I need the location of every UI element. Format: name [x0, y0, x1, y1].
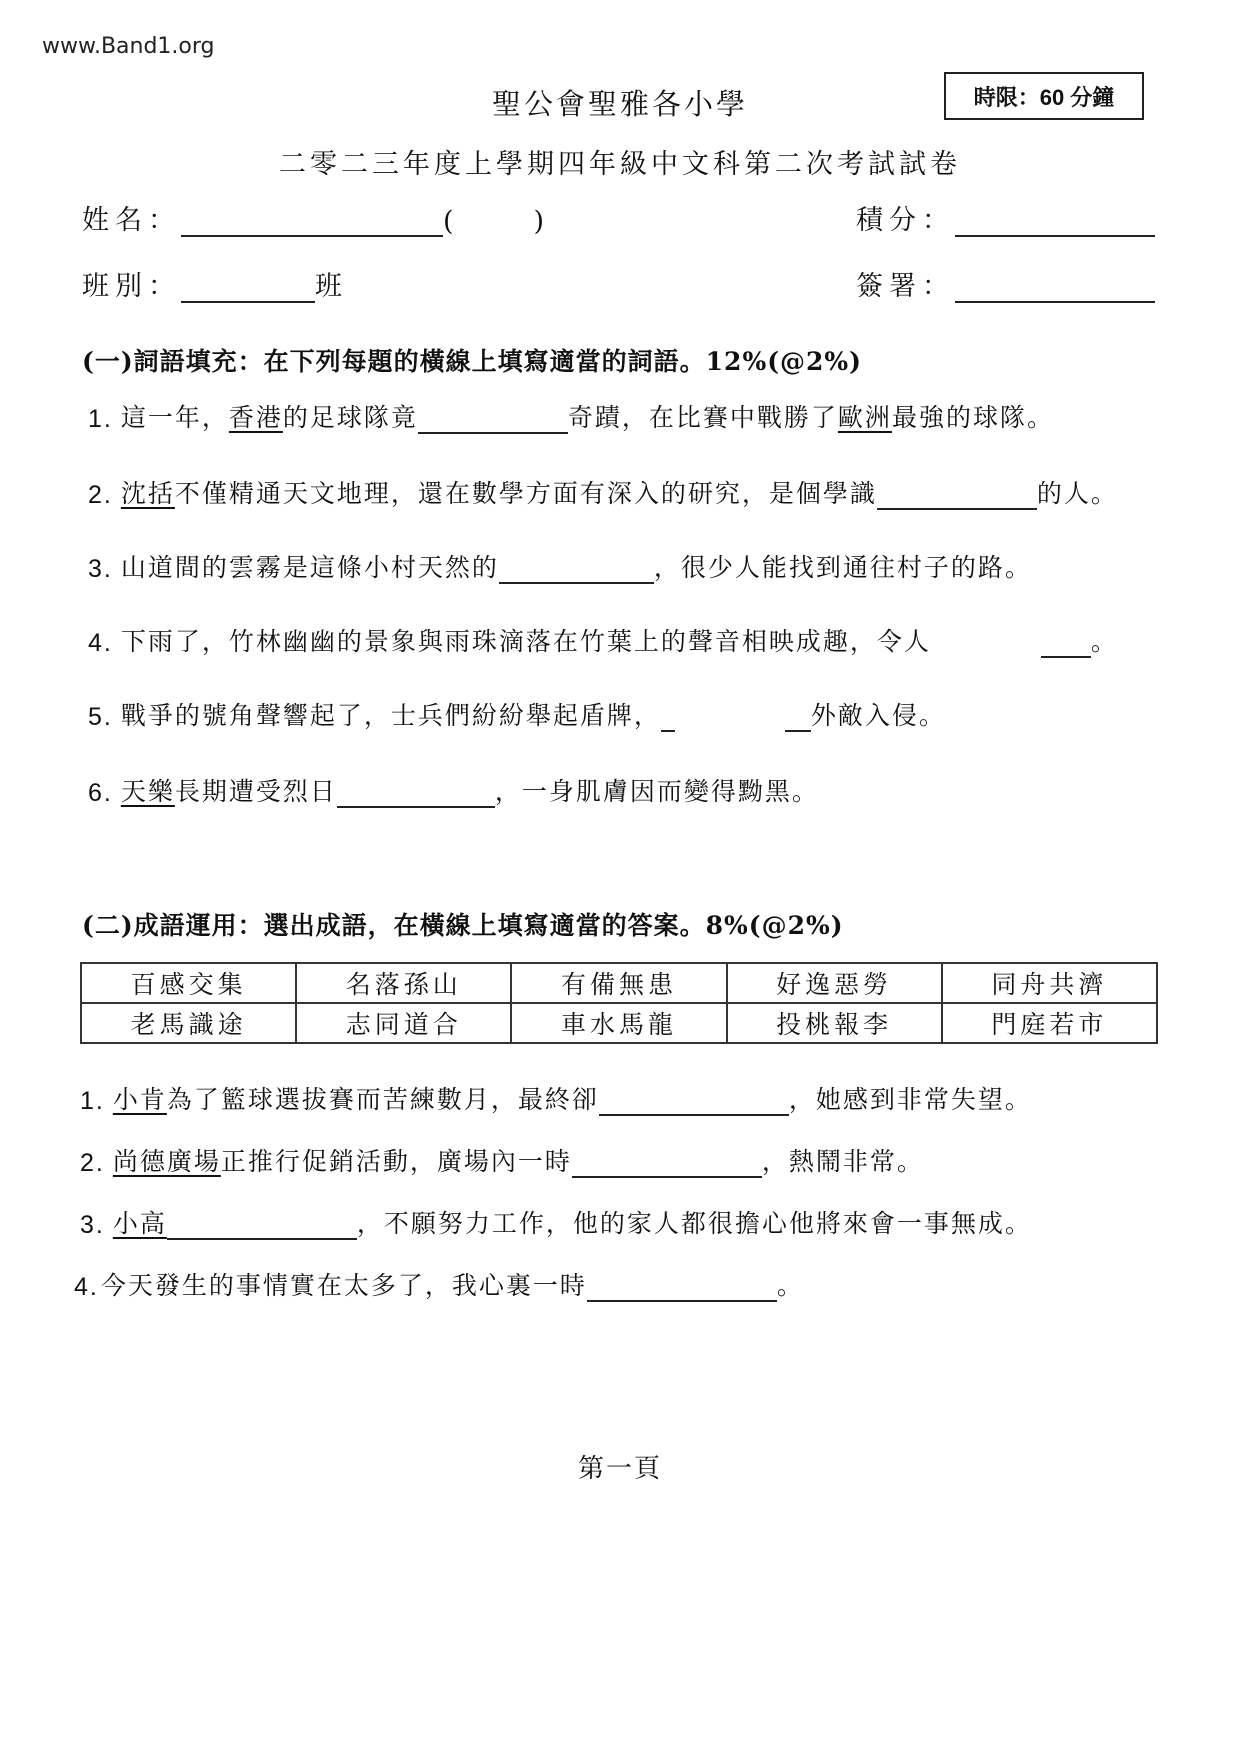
class-field: 班別： 班 — [82, 264, 342, 303]
s1-question-6: 6. 天樂 長期遭受烈日 ，一身肌膚因而變得黝黑。 — [88, 772, 819, 808]
class-number-close: ) — [534, 206, 545, 237]
s1-question-1: 1. 這一年， 香港 的足球隊竟 奇蹟，在比賽中戰勝了 歐洲 最強的球隊。 — [88, 398, 1054, 434]
answer-blank[interactable] — [877, 484, 1037, 510]
score-input-line[interactable] — [955, 209, 1155, 237]
s2-question-2: 2. 尚德廣場 正推行促銷活動，廣場內一時 ，熱鬧非常。 — [80, 1142, 924, 1178]
section1-title: (一)詞語填充：在下列每題的橫線上填寫適當的詞語。12%(@2%) — [82, 342, 862, 378]
s2-question-1: 1. 小肯 為了籃球選拔賽而苦練數月，最終卻 ，她感到非常失望。 — [80, 1080, 1032, 1116]
answer-blank[interactable] — [499, 558, 654, 584]
proper-noun: 尚德廣場 — [113, 1142, 221, 1178]
name-input-line[interactable] — [181, 209, 443, 237]
idiom-cell: 投桃報李 — [727, 1003, 942, 1043]
idiom-cell: 門庭若市 — [942, 1003, 1157, 1043]
time-limit-text: 時限：60 分鐘 — [974, 81, 1115, 112]
signature-label: 簽署： — [856, 264, 955, 303]
s1-question-2: 2. 沈括 不僅精通天文地理，還在數學方面有深入的研究，是個學識 的人。 — [88, 474, 1118, 510]
s1-question-5: 5. 戰爭的號角聲響起了，士兵們紛紛舉起盾牌， 外敵入侵。 — [88, 696, 946, 732]
idiom-row: 老馬識途 志同道合 車水馬龍 投桃報李 門庭若市 — [81, 1003, 1157, 1043]
score-label: 積分： — [856, 198, 955, 237]
proper-noun: 小肯 — [113, 1080, 167, 1116]
s1-question-3: 3. 山道間的雲霧是這條小村天然的 ，很少人能找到通往村子的路。 — [88, 548, 1032, 584]
answer-blank[interactable] — [1041, 632, 1091, 658]
answer-blank[interactable] — [572, 1152, 762, 1178]
s1-question-4: 4. 下雨了，竹林幽幽的景象與雨珠滴落在竹葉上的聲音相映成趣，令人 。 — [88, 622, 1118, 658]
class-label: 班別： — [82, 264, 181, 303]
s2-question-4: 4. 今天發生的事情實在太多了，我心裏一時 。 — [74, 1266, 804, 1302]
proper-noun: 天樂 — [121, 772, 175, 808]
answer-blank[interactable] — [337, 782, 495, 808]
name-label: 姓名： — [82, 198, 181, 237]
idiom-cell: 車水馬龍 — [511, 1003, 726, 1043]
page-number: 第一頁 — [0, 1448, 1240, 1485]
idiom-cell: 同舟共濟 — [942, 963, 1157, 1003]
idiom-cell: 百感交集 — [81, 963, 296, 1003]
idiom-cell: 好逸惡勞 — [727, 963, 942, 1003]
section2-title: (二)成語運用：選出成語，在橫線上填寫適當的答案。8%(@2%) — [82, 906, 844, 942]
proper-noun: 歐洲 — [838, 398, 892, 434]
proper-noun: 沈括 — [121, 474, 175, 510]
answer-blank[interactable] — [587, 1276, 777, 1302]
proper-noun: 香港 — [229, 398, 283, 434]
answer-blank[interactable] — [167, 1214, 357, 1240]
idiom-cell: 有備無患 — [511, 963, 726, 1003]
proper-noun: 小高 — [113, 1204, 167, 1240]
idiom-cell: 名落孫山 — [296, 963, 511, 1003]
watermark-text: www.Band1.org — [42, 34, 215, 59]
class-number-open: ( — [443, 206, 454, 237]
score-field: 積分： — [856, 198, 1155, 237]
time-limit-box: 時限：60 分鐘 — [944, 72, 1144, 120]
idiom-cell: 老馬識途 — [81, 1003, 296, 1043]
class-input-line[interactable] — [181, 275, 315, 303]
idiom-table: 百感交集 名落孫山 有備無患 好逸惡勞 同舟共濟 老馬識途 志同道合 車水馬龍 … — [80, 962, 1158, 1044]
idiom-cell: 志同道合 — [296, 1003, 511, 1043]
answer-blank[interactable] — [418, 408, 568, 434]
signature-field: 簽署： — [856, 264, 1155, 303]
answer-blank[interactable] — [599, 1090, 789, 1116]
name-field: 姓名： ( ) — [82, 198, 544, 237]
signature-input-line[interactable] — [955, 275, 1155, 303]
exam-title: 二零二三年度上學期四年級中文科第二次考試試卷 — [0, 142, 1240, 181]
class-suffix: 班 — [315, 264, 342, 303]
idiom-row: 百感交集 名落孫山 有備無患 好逸惡勞 同舟共濟 — [81, 963, 1157, 1003]
s2-question-3: 3. 小高 ，不願努力工作，他的家人都很擔心他將來會一事無成。 — [80, 1204, 1032, 1240]
